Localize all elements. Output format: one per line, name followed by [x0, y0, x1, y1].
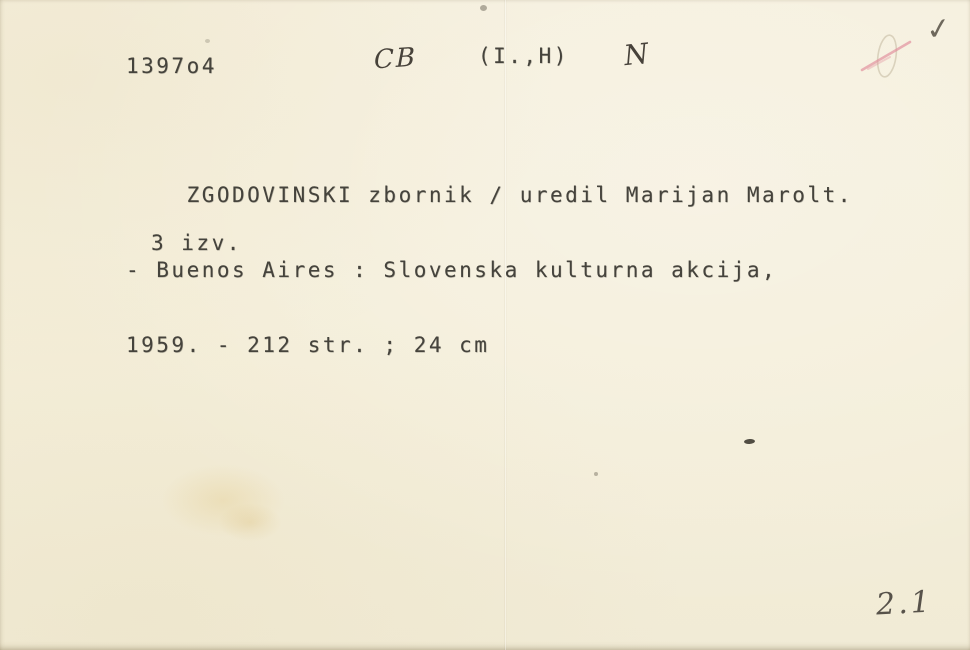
paper-stain: [205, 495, 295, 550]
bibliographic-entry: ZGODOVINSKI zbornik / uredil Marijan Mar…: [126, 133, 853, 408]
handwritten-shelf-mark: 2.1: [875, 585, 933, 623]
entry-line: - Buenos Aires : Slovenska kulturna akci…: [126, 258, 853, 283]
ink-speck: [480, 5, 487, 11]
ink-speck: [594, 472, 598, 476]
catalog-card: 1397o4 CB (I.,H) N ✓ ZGODOVINSKI zbornik…: [0, 0, 970, 650]
entry-line: ZGODOVINSKI zbornik / uredil Marijan Mar…: [126, 183, 853, 208]
copies-note: 3 izv.: [151, 231, 242, 256]
typed-format-code: (I.,H): [478, 44, 569, 69]
ink-speck: [205, 39, 210, 43]
checkmark-icon: ✓: [924, 10, 954, 48]
handwritten-letter-mark: N: [622, 37, 650, 72]
pink-strikethrough-mark: [856, 26, 918, 88]
ink-speck: [744, 439, 755, 445]
entry-line: 1959. - 212 str. ; 24 cm: [126, 333, 853, 358]
handwritten-class-mark: CB: [374, 42, 417, 75]
call-number: 1397o4: [126, 54, 217, 79]
